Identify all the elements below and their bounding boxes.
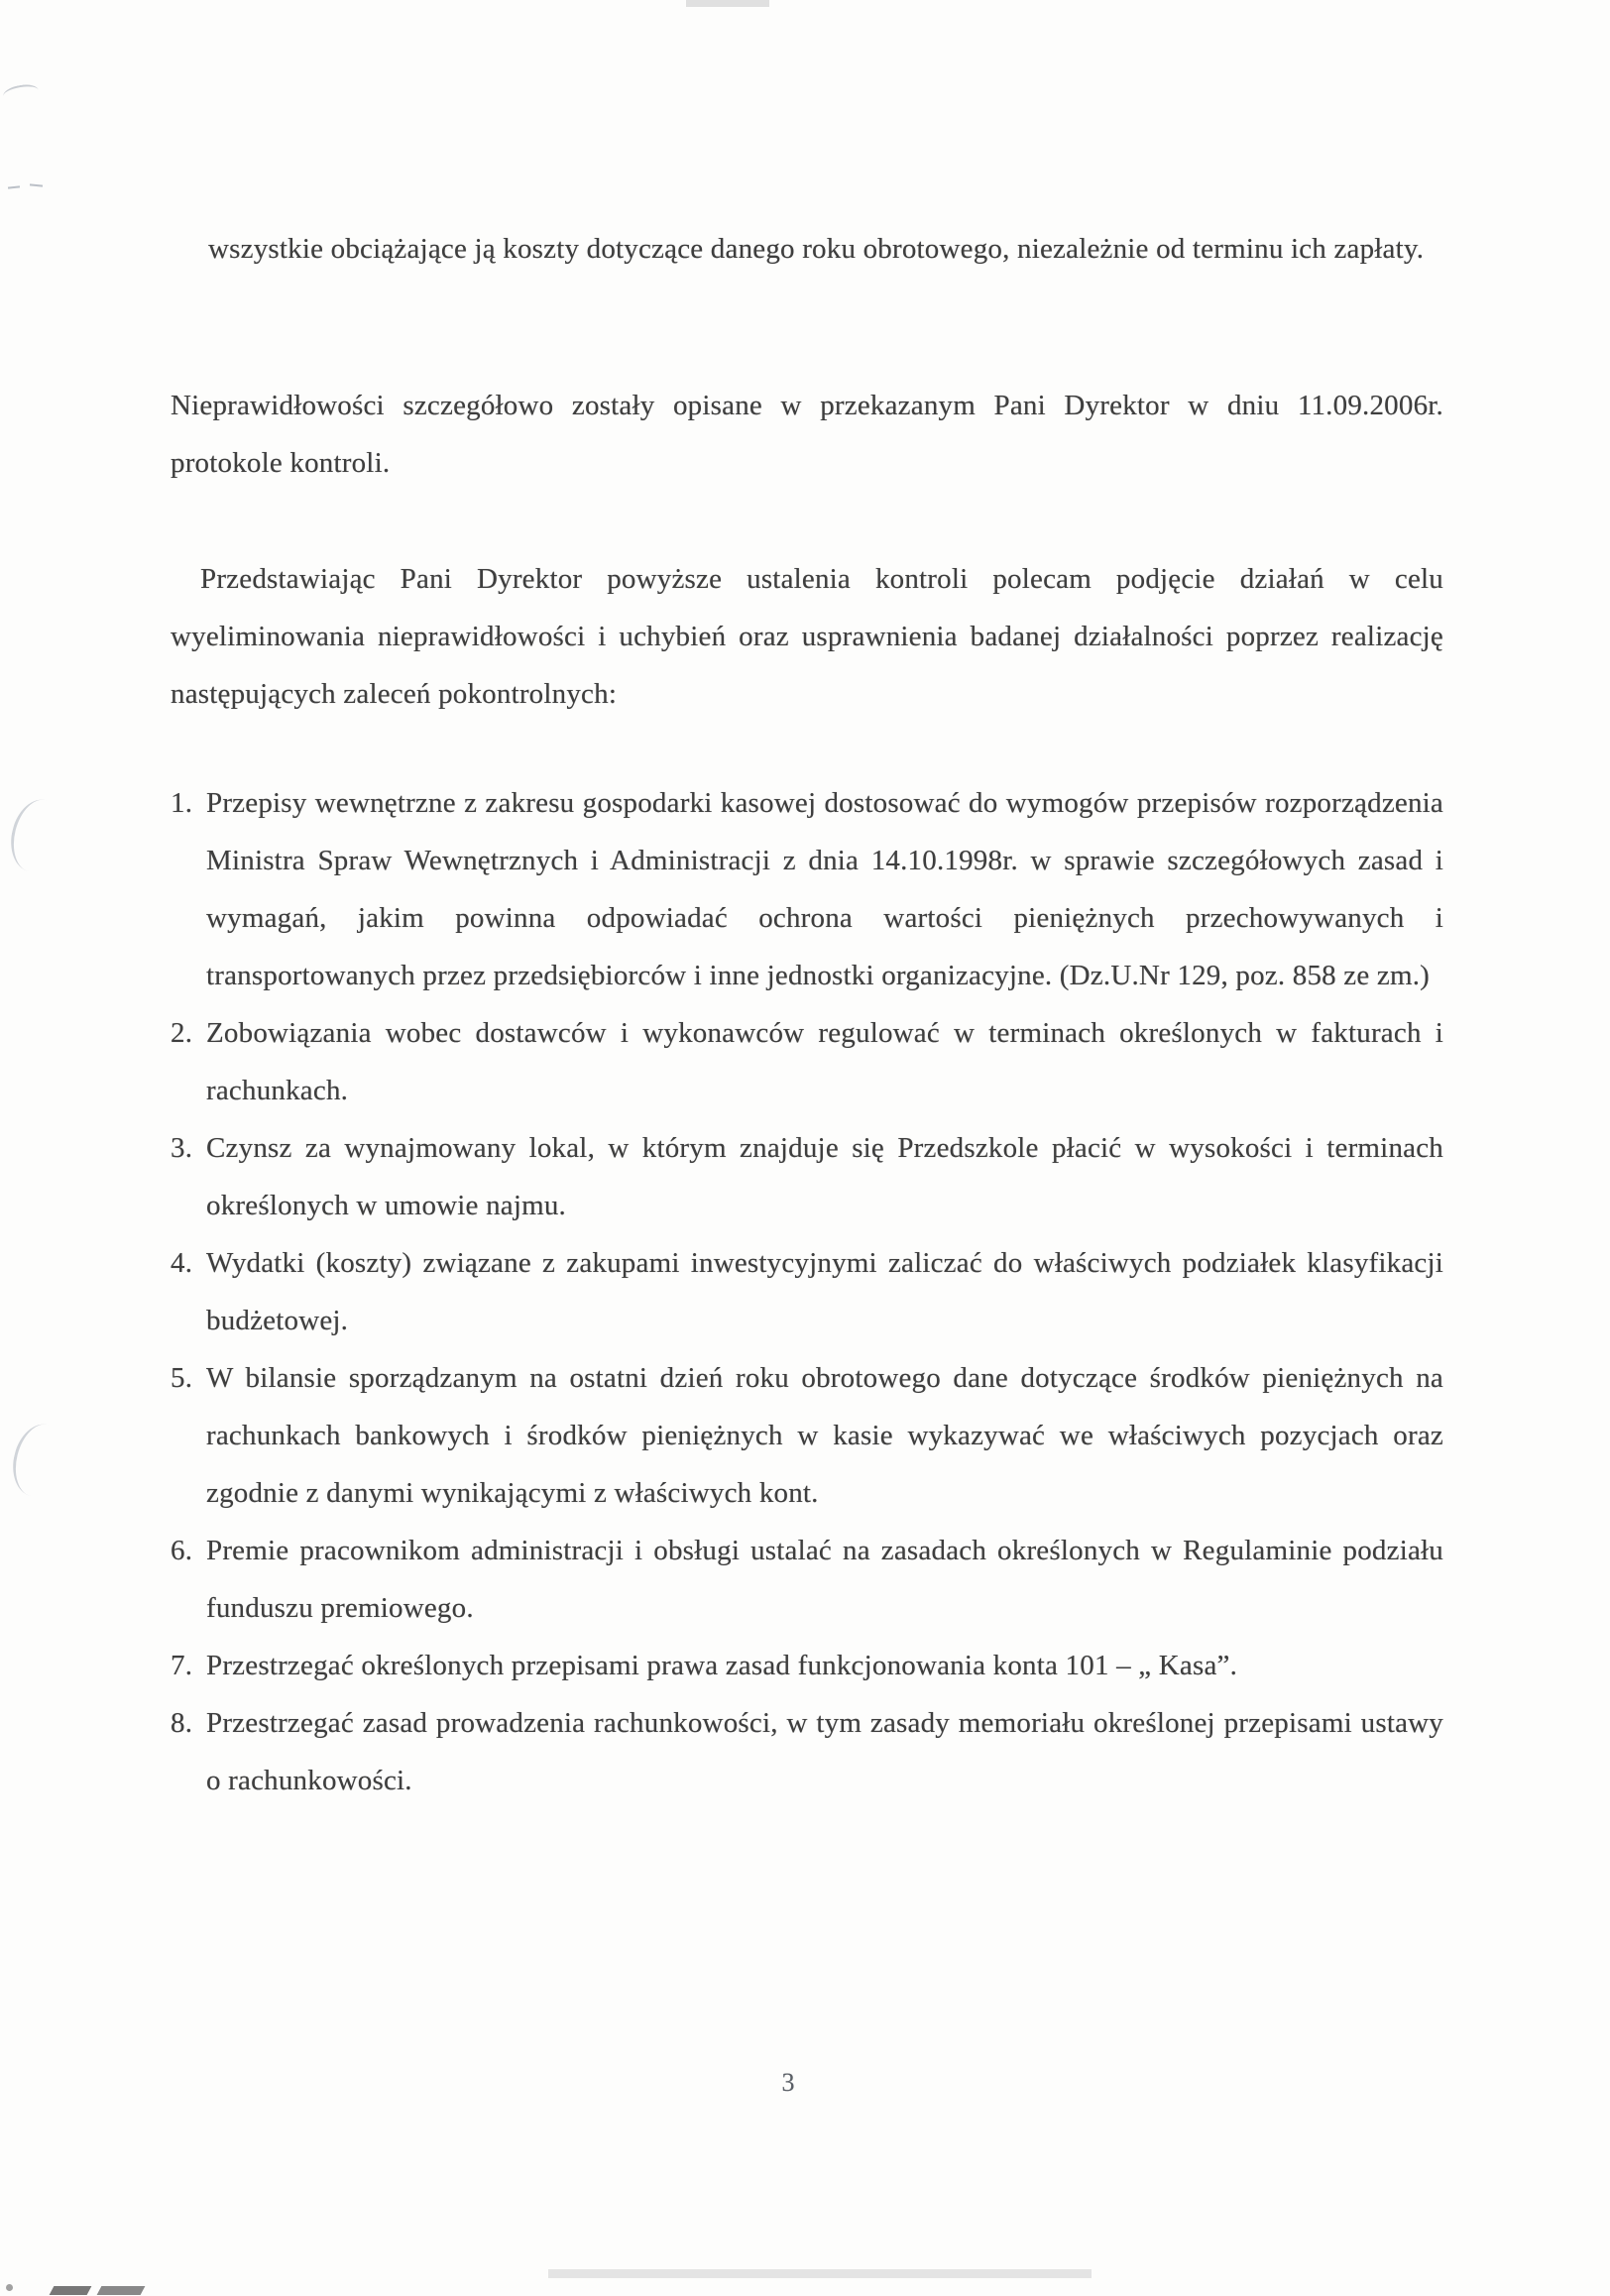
page-content: wszystkie obciążające ją koszty dotycząc… <box>171 220 1443 1809</box>
scan-artifact-bottom-smudge <box>548 2269 1092 2278</box>
scan-artifact-pencil-squiggle <box>2 82 40 104</box>
item-text: Przepisy wewnętrzne z zakresu gospodarki… <box>206 787 1443 991</box>
lead-paragraph: Przedstawiając Pani Dyrektor powyższe us… <box>171 550 1443 723</box>
item-text: Wydatki (koszty) związane z zakupami inw… <box>206 1247 1443 1336</box>
recommendations-list: 1. Przepisy wewnętrzne z zakresu gospoda… <box>171 774 1443 1809</box>
recommendation-item-4: 4. Wydatki (koszty) związane z zakupami … <box>171 1234 1443 1349</box>
item-text: Zobowiązania wobec dostawców i wykonawcó… <box>206 1017 1443 1106</box>
item-number: 4. <box>171 1234 192 1292</box>
item-number: 7. <box>171 1637 192 1694</box>
page-number: 3 <box>0 2068 1576 2098</box>
recommendation-item-1: 1. Przepisy wewnętrzne z zakresu gospoda… <box>171 774 1443 1004</box>
scan-artifact-pencil-mark <box>8 185 20 188</box>
scan-artifact-bottom-mark <box>50 2286 92 2295</box>
scan-artifact-top-edge <box>686 0 769 7</box>
recommendation-item-5: 5. W bilansie sporządzanym na ostatni dz… <box>171 1349 1443 1522</box>
recommendation-item-6: 6. Premie pracownikom administracji i ob… <box>171 1522 1443 1637</box>
scan-artifact-margin-arc <box>6 1419 72 1502</box>
scan-artifact-bottom-dot <box>6 2284 13 2291</box>
scan-artifact-pencil-mark <box>30 183 43 186</box>
item-text: Premie pracownikom administracji i obsłu… <box>206 1535 1443 1624</box>
recommendation-item-2: 2. Zobowiązania wobec dostawców i wykona… <box>171 1004 1443 1119</box>
scan-artifact-bottom-mark <box>97 2286 146 2295</box>
intro-paragraph: Nieprawidłowości szczegółowo zostały opi… <box>171 377 1443 492</box>
scan-artifact-margin-arc <box>4 794 70 877</box>
item-text: W bilansie sporządzanym na ostatni dzień… <box>206 1362 1443 1509</box>
item-number: 6. <box>171 1522 192 1579</box>
item-text: Przestrzegać określonych przepisami praw… <box>206 1650 1237 1681</box>
continuation-paragraph: wszystkie obciążające ją koszty dotycząc… <box>208 220 1443 278</box>
recommendation-item-7: 7. Przestrzegać określonych przepisami p… <box>171 1637 1443 1694</box>
item-text: Czynsz za wynajmowany lokal, w którym zn… <box>206 1132 1443 1221</box>
recommendation-item-3: 3. Czynsz za wynajmowany lokal, w którym… <box>171 1119 1443 1234</box>
item-number: 5. <box>171 1349 192 1407</box>
document-page: wszystkie obciążające ją koszty dotycząc… <box>0 0 1610 2296</box>
item-number: 2. <box>171 1004 192 1062</box>
item-number: 3. <box>171 1119 192 1177</box>
recommendation-item-8: 8. Przestrzegać zasad prowadzenia rachun… <box>171 1694 1443 1809</box>
item-number: 1. <box>171 774 192 832</box>
item-number: 8. <box>171 1694 192 1752</box>
item-text: Przestrzegać zasad prowadzenia rachunkow… <box>206 1707 1443 1796</box>
